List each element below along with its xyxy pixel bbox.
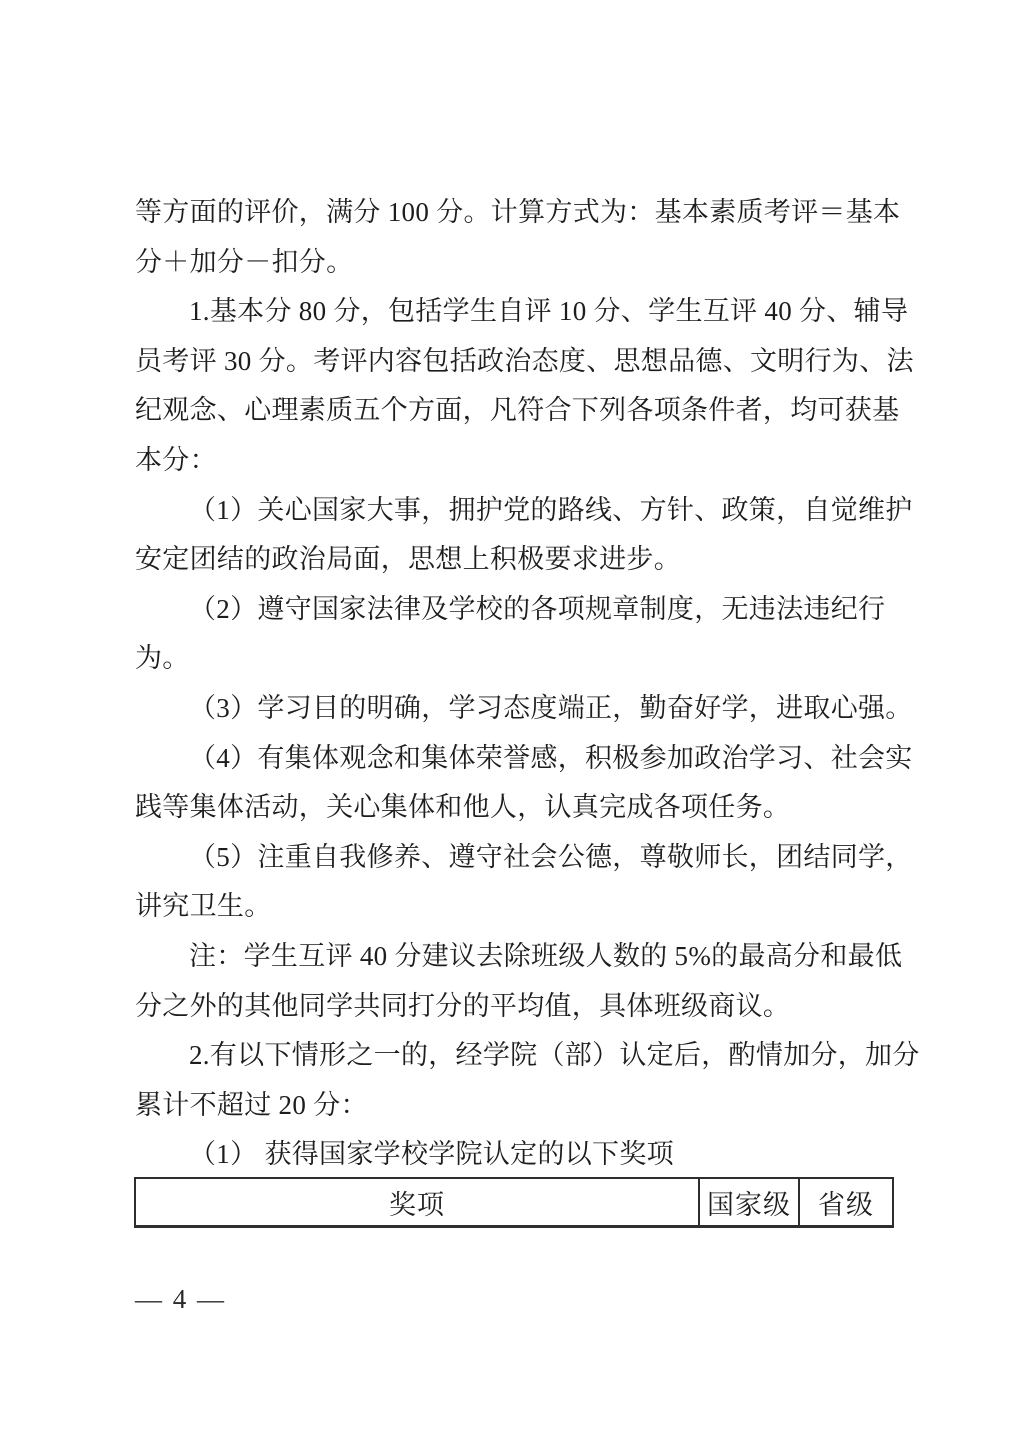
table-header-provincial: 省级 bbox=[799, 1178, 893, 1227]
text-line: 2.有以下情形之一的，经学院（部）认定后，酌情加分，加分 bbox=[135, 1031, 901, 1081]
text-line: 分之外的其他同学共同打分的平均值，具体班级商议。 bbox=[135, 982, 901, 1032]
text-line: 1.基本分 80 分，包括学生自评 10 分、学生互评 40 分、辅导 bbox=[135, 287, 901, 337]
text-line: （1）关心国家大事，拥护党的路线、方针、政策，自觉维护 bbox=[135, 486, 901, 536]
text-line: （4）有集体观念和集体荣誉感，积极参加政治学习、社会实 bbox=[135, 734, 901, 784]
text-line: 累计不超过 20 分： bbox=[135, 1081, 901, 1131]
table-header-award: 奖项 bbox=[135, 1178, 699, 1227]
page-number: — 4 — bbox=[135, 1283, 226, 1315]
body-text: 等方面的评价，满分 100 分。计算方式为：基本素质考评＝基本 分＋加分－扣分。… bbox=[135, 188, 901, 1180]
text-line: （1） 获得国家学校学院认定的以下奖项 bbox=[135, 1130, 901, 1180]
awards-table: 奖项 国家级 省级 bbox=[134, 1177, 894, 1228]
text-line: 分＋加分－扣分。 bbox=[135, 238, 901, 288]
document-page: 等方面的评价，满分 100 分。计算方式为：基本素质考评＝基本 分＋加分－扣分。… bbox=[0, 0, 1024, 1447]
text-line: （5）注重自我修养、遵守社会公德，尊敬师长，团结同学， bbox=[135, 833, 901, 883]
text-line: 注：学生互评 40 分建议去除班级人数的 5%的最高分和最低 bbox=[135, 932, 901, 982]
text-line: 员考评 30 分。考评内容包括政治态度、思想品德、文明行为、法 bbox=[135, 337, 901, 387]
text-line: （2）遵守国家法律及学校的各项规章制度，无违法违纪行 bbox=[135, 585, 901, 635]
awards-table-header-row: 奖项 国家级 省级 bbox=[135, 1178, 893, 1227]
text-line: 为。 bbox=[135, 634, 901, 684]
text-line: （3）学习目的明确，学习态度端正，勤奋好学，进取心强。 bbox=[135, 684, 901, 734]
text-line: 纪观念、心理素质五个方面，凡符合下列各项条件者，均可获基 bbox=[135, 386, 901, 436]
text-line: 践等集体活动，关心集体和他人，认真完成各项任务。 bbox=[135, 783, 901, 833]
text-line: 讲究卫生。 bbox=[135, 882, 901, 932]
table-header-national: 国家级 bbox=[699, 1178, 799, 1227]
text-line: 等方面的评价，满分 100 分。计算方式为：基本素质考评＝基本 bbox=[135, 188, 901, 238]
text-line: 本分： bbox=[135, 436, 901, 486]
text-line: 安定团结的政治局面，思想上积极要求进步。 bbox=[135, 535, 901, 585]
